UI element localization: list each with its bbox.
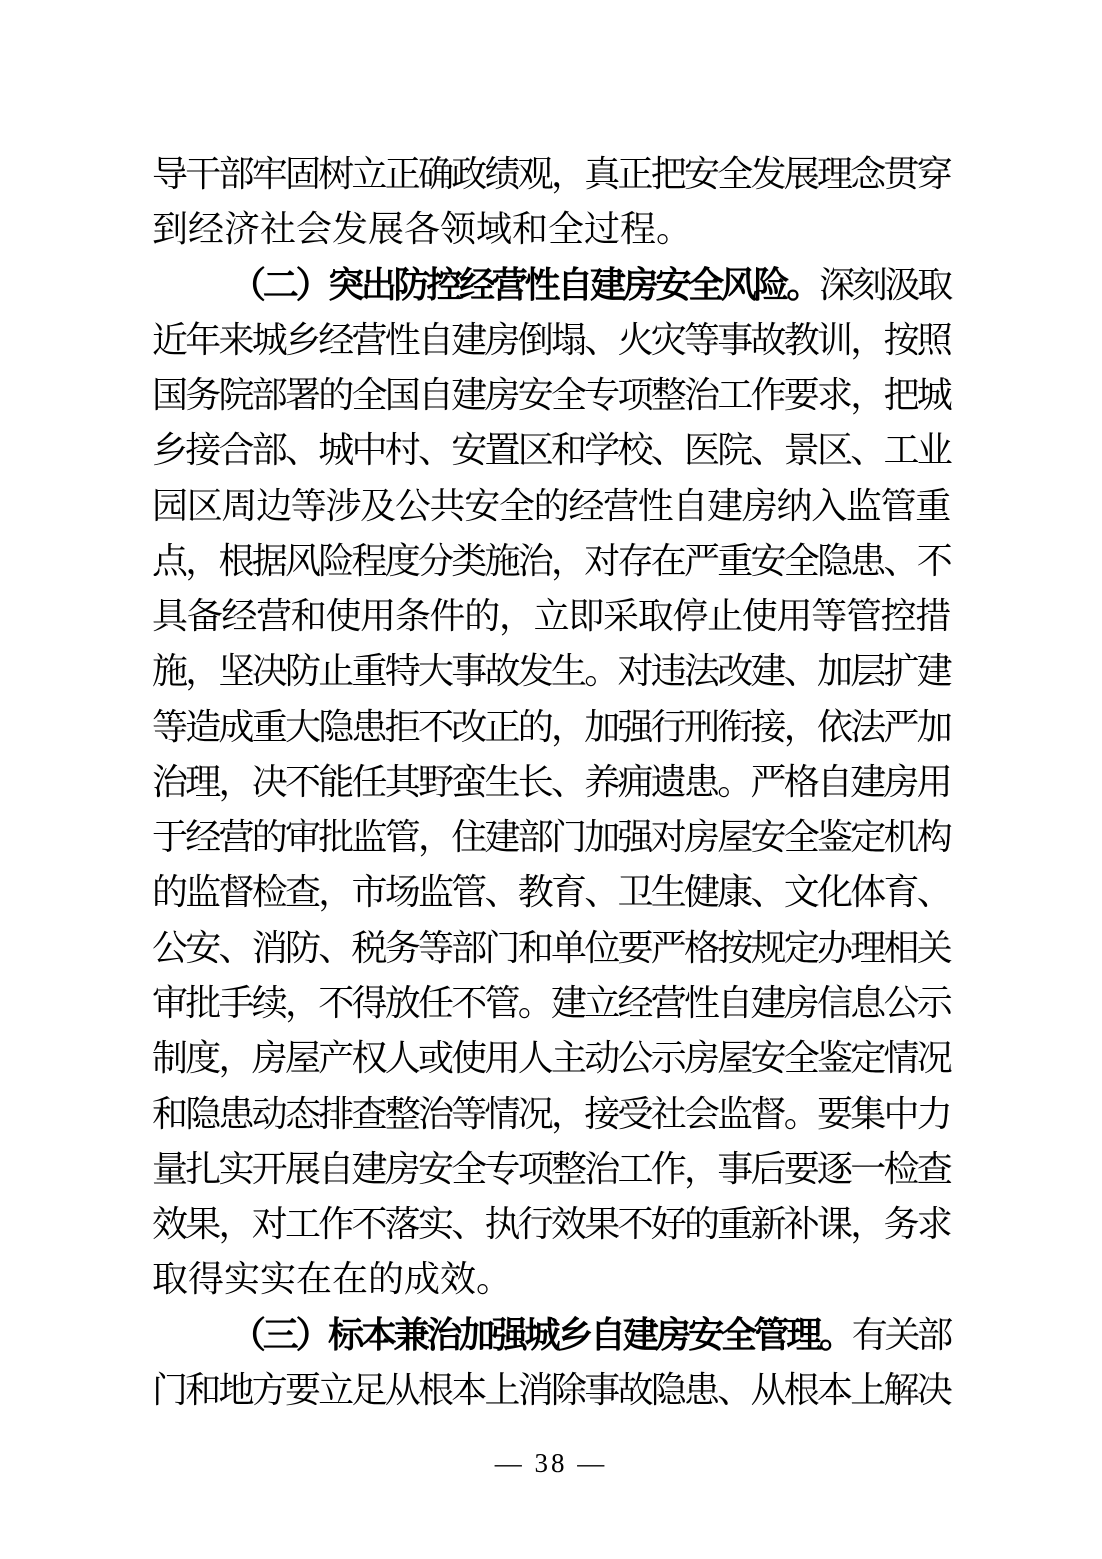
body-text: 公安、消防、税务等部门和单位要严格按规定办理相关 <box>152 921 950 976</box>
text-line: 治理，决不能任其野蛮生长、养痈遗患。严格自建房用 <box>152 755 950 810</box>
body-text: 施，坚决防止重特大事故发生。对违法改建、加层扩建 <box>152 644 950 699</box>
body-text: 等造成重大隐患拒不改正的，加强行刑衔接，依法严加 <box>152 700 950 755</box>
text-line: 乡接合部、城中村、安置区和学校、医院、景区、工业 <box>152 423 950 478</box>
text-line: 到经济社会发展各领域和全过程。 <box>152 202 950 257</box>
body-text: 治理，决不能任其野蛮生长、养痈遗患。严格自建房用 <box>152 755 950 810</box>
text-line: 和隐患动态排查整治等情况，接受社会监督。要集中力 <box>152 1087 950 1142</box>
page-number: — 38 — <box>0 1448 1102 1479</box>
text-line: （三）标本兼治加强城乡自建房安全管理。有关部 <box>152 1308 950 1363</box>
body-text: 取得实实在在的成效。 <box>152 1252 512 1307</box>
section-heading: （二）突出防控经营性自建房安全风险。 <box>230 265 819 305</box>
text-line: 的监督检查，市场监管、教育、卫生健康、文化体育、 <box>152 865 950 920</box>
body-text: 效果，对工作不落实、执行效果不好的重新补课，务求 <box>152 1197 950 1252</box>
text-line: 公安、消防、税务等部门和单位要严格按规定办理相关 <box>152 921 950 976</box>
body-text: 乡接合部、城中村、安置区和学校、医院、景区、工业 <box>152 423 950 478</box>
text-line: 国务院部署的全国自建房安全专项整治工作要求，把城 <box>152 368 950 423</box>
body-text: 导干部牢固树立正确政绩观，真正把安全发展理念贯穿 <box>152 147 950 202</box>
body-text: 量扎实开展自建房安全专项整治工作，事后要逐一检查 <box>152 1142 950 1197</box>
body-text: 审批手续，不得放任不管。建立经营性自建房信息公示 <box>152 976 950 1031</box>
text-line: 施，坚决防止重特大事故发生。对违法改建、加层扩建 <box>152 644 950 699</box>
body-text: 有关部 <box>852 1315 950 1355</box>
body-text-block: 导干部牢固树立正确政绩观，真正把安全发展理念贯穿 到经济社会发展各领域和全过程。… <box>152 147 950 1418</box>
body-text: 具备经营和使用条件的，立即采取停止使用等管控措 <box>152 589 950 644</box>
text-line: 于经营的审批监管，住建部门加强对房屋安全鉴定机构 <box>152 810 950 865</box>
body-text: 深刻汲取 <box>819 265 950 305</box>
body-text: 制度，房屋产权人或使用人主动公示房屋安全鉴定情况 <box>152 1031 950 1086</box>
text-line: 制度，房屋产权人或使用人主动公示房屋安全鉴定情况 <box>152 1031 950 1086</box>
text-line: 近年来城乡经营性自建房倒塌、火灾等事故教训，按照 <box>152 313 950 368</box>
text-line: 取得实实在在的成效。 <box>152 1252 950 1307</box>
text-line: 具备经营和使用条件的，立即采取停止使用等管控措 <box>152 589 950 644</box>
text-line: 效果，对工作不落实、执行效果不好的重新补课，务求 <box>152 1197 950 1252</box>
body-text: 到经济社会发展各领域和全过程。 <box>152 202 692 257</box>
text-line: 导干部牢固树立正确政绩观，真正把安全发展理念贯穿 <box>152 147 950 202</box>
body-text: 国务院部署的全国自建房安全专项整治工作要求，把城 <box>152 368 950 423</box>
text-line: 审批手续，不得放任不管。建立经营性自建房信息公示 <box>152 976 950 1031</box>
text-line: （二）突出防控经营性自建房安全风险。深刻汲取 <box>152 258 950 313</box>
body-text: 的监督检查，市场监管、教育、卫生健康、文化体育、 <box>152 865 950 920</box>
text-line: 园区周边等涉及公共安全的经营性自建房纳入监管重 <box>152 479 950 534</box>
body-text: 园区周边等涉及公共安全的经营性自建房纳入监管重 <box>152 479 950 534</box>
body-text: 门和地方要立足从根本上消除事故隐患、从根本上解决 <box>152 1363 950 1418</box>
body-text: 近年来城乡经营性自建房倒塌、火灾等事故教训，按照 <box>152 313 950 368</box>
body-text: 于经营的审批监管，住建部门加强对房屋安全鉴定机构 <box>152 810 950 865</box>
section-heading: （三）标本兼治加强城乡自建房安全管理。 <box>230 1315 852 1355</box>
body-text: 和隐患动态排查整治等情况，接受社会监督。要集中力 <box>152 1087 950 1142</box>
text-line: 量扎实开展自建房安全专项整治工作，事后要逐一检查 <box>152 1142 950 1197</box>
text-line: 门和地方要立足从根本上消除事故隐患、从根本上解决 <box>152 1363 950 1418</box>
text-line: 等造成重大隐患拒不改正的，加强行刑衔接，依法严加 <box>152 700 950 755</box>
body-text: 点，根据风险程度分类施治，对存在严重安全隐患、不 <box>152 534 950 589</box>
document-page: 导干部牢固树立正确政绩观，真正把安全发展理念贯穿 到经济社会发展各领域和全过程。… <box>0 0 1102 1559</box>
text-line: 点，根据风险程度分类施治，对存在严重安全隐患、不 <box>152 534 950 589</box>
